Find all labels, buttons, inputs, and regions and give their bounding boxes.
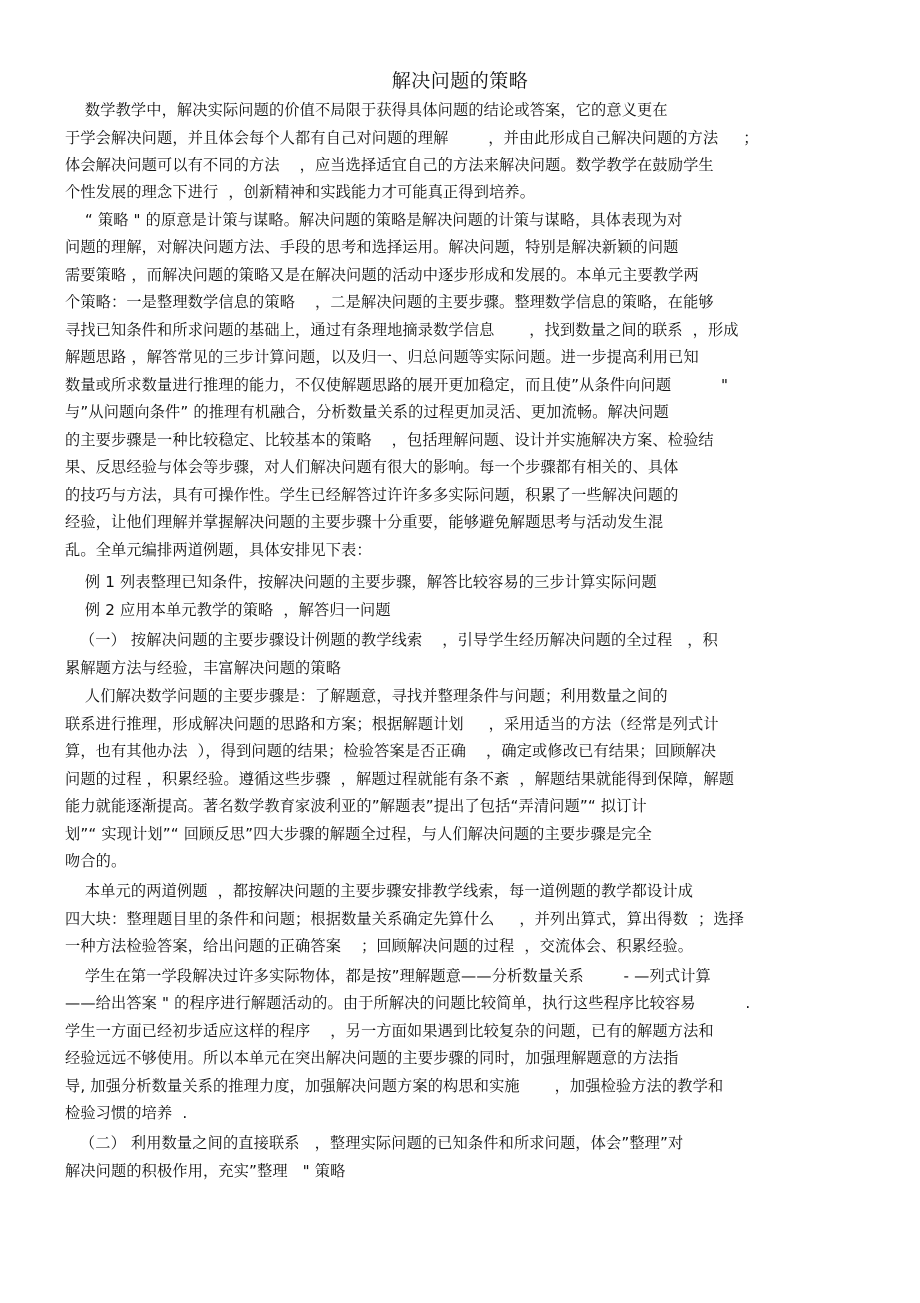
text-line: 问题的过程 ，积累经验。遵循这些步骤 ，解题过程就能有条不紊 ，解题结果就能得到… xyxy=(65,769,734,789)
text-line: 检验习惯的培养 . xyxy=(65,1103,187,1123)
text-line: 解决问题的积极作用，充实”整理 " 策略 xyxy=(65,1161,345,1181)
text-line: 例 2 应用本单元教学的策略 ，解答归一问题 xyxy=(65,600,391,620)
text-line: “ 策略 " 的原意是计策与谋略。解决问题的策略是解决问题的计策与谋略，具体表现… xyxy=(65,210,683,230)
text-line: 经验，让他们理解并掌握解决问题的主要步骤十分重要，能够避免解题思考与活动发生混 xyxy=(65,512,663,532)
text-line: 的技巧与方法，具有可操作性。学生已经解答过许许多多实际问题，积累了一些解决问题的 xyxy=(65,485,679,505)
text-line: 数量或所求数量进行推理的能力，不仅使解题思路的展开更加稳定，而且使”从条件向问题… xyxy=(65,375,728,395)
text-line: 能力就能逐渐提高。著名数学教育家波利亚的”解题表”提出了包括“弄清问题”“ 拟订… xyxy=(65,796,647,816)
text-line: 学生一方面已经初步适应这样的程序 ，另一方面如果遇到比较复杂的问题，已有的解题方… xyxy=(65,1021,714,1041)
text-line: 乱。全单元编排两道例题，具体安排见下表： xyxy=(65,540,372,560)
text-line: 个性发展的理念下进行 ，创新精神和实践能力才可能真正得到培养。 xyxy=(65,182,535,202)
text-line: 人们解决数学问题的主要步骤是：了解题意，寻找并整理条件与问题；利用数量之间的 xyxy=(65,686,668,706)
text-line: （二） 利用数量之间的直接联系 ，整理实际问题的已知条件和所求问题，体会”整理”… xyxy=(65,1133,683,1153)
text-line: 问题的理解，对解决问题方法、手段的思考和选择运用。解决问题，特别是解决新颖的问题 xyxy=(65,237,679,257)
text-line: 解题思路 ，解答常见的三步计算问题，以及归一、归总问题等实际问题。进一步提高利用… xyxy=(65,347,699,367)
document-title: 解决问题的策略 xyxy=(0,68,920,94)
text-line: 寻找已知条件和所求问题的基础上，通过有条理地摘录数学信息 ，找到数量之间的联系 … xyxy=(65,320,739,340)
text-line: 累解题方法与经验，丰富解决问题的策略 xyxy=(65,658,341,678)
text-line: 导, 加强分析数量关系的推理力度，加强解决问题方案的构思和实施 ，加强检验方法的… xyxy=(65,1076,723,1096)
text-line: （一） 按解决问题的主要步骤设计例题的教学线索 ，引导学生经历解决问题的全过程 … xyxy=(65,630,718,650)
text-line: 例 1 列表整理已知条件，按解决问题的主要步骤，解答比较容易的三步计算实际问题 xyxy=(65,572,657,592)
text-line: 经验远远不够使用。所以本单元在突出解决问题的主要步骤的同时，加强理解题意的方法指 xyxy=(65,1048,679,1068)
text-line: 联系进行推理，形成解决问题的思路和方案；根据解题计划 ，采用适当的方法（经常是列… xyxy=(65,714,719,734)
text-line: 算，也有其他办法 ），得到问题的结果；检验答案是否正确 ，确定或修改已有结果；回… xyxy=(65,741,716,761)
text-line: 个策略：一是整理数学信息的策略 ，二是解决问题的主要步骤。整理数学信息的策略，在… xyxy=(65,292,714,312)
text-line: 数学教学中，解决实际问题的价值不局限于获得具体问题的结论或答案，它的意义更在 xyxy=(65,100,668,120)
text-line: 于学会解决问题，并且体会每个人都有自己对问题的理解 ，并由此形成自己解决问题的方… xyxy=(65,128,759,148)
text-line: ——给出答案 " 的程序进行解题活动的。由于所解决的问题比较简单，执行这些程序比… xyxy=(65,993,750,1013)
text-line: 需要策略 ，而解决问题的策略又是在解决问题的活动中逐步形成和发展的。本单元主要教… xyxy=(65,265,699,285)
text-line: 的主要步骤是一种比较稳定、比较基本的策略 ，包括理解问题、设计并实施解决方案、检… xyxy=(65,430,714,450)
text-line: 学生在第一学段解决过许多实际物体，都是按”理解题意——分析数量关系 - —列式计… xyxy=(65,966,711,986)
text-line: 果、反思经验与体会等步骤，对人们解决问题有很大的影响。每一个步骤都有相关的、具体 xyxy=(65,457,679,477)
text-line: 一种方法检验答案，给出问题的正确答案 ；回顾解决问题的过程 ，交流体会、积累经验… xyxy=(65,936,693,956)
text-line: 四大块：整理题目里的条件和问题；根据数量关系确定先算什么 ，并列出算式，算出得数… xyxy=(65,909,744,929)
text-line: 吻合的。 xyxy=(65,851,126,871)
text-line: 本单元的两道例题 ，都按解决问题的主要步骤安排教学线索，每一道例题的教学都设计成 xyxy=(65,881,693,901)
text-line: 与”从问题向条件” 的推理有机融合，分析数量关系的过程更加灵活、更加流畅。解决问… xyxy=(65,402,669,422)
text-line: 体会解决问题可以有不同的方法 ，应当选择适宜自己的方法来解决问题。数学教学在鼓励… xyxy=(65,155,714,175)
text-line: 划”“ 实现计划”“ 回顾反思”四大步骤的解题全过程，与人们解决问题的主要步骤是… xyxy=(65,824,652,844)
document-page: 解决问题的策略 数学教学中，解决实际问题的价值不局限于获得具体问题的结论或答案，… xyxy=(0,0,920,1303)
